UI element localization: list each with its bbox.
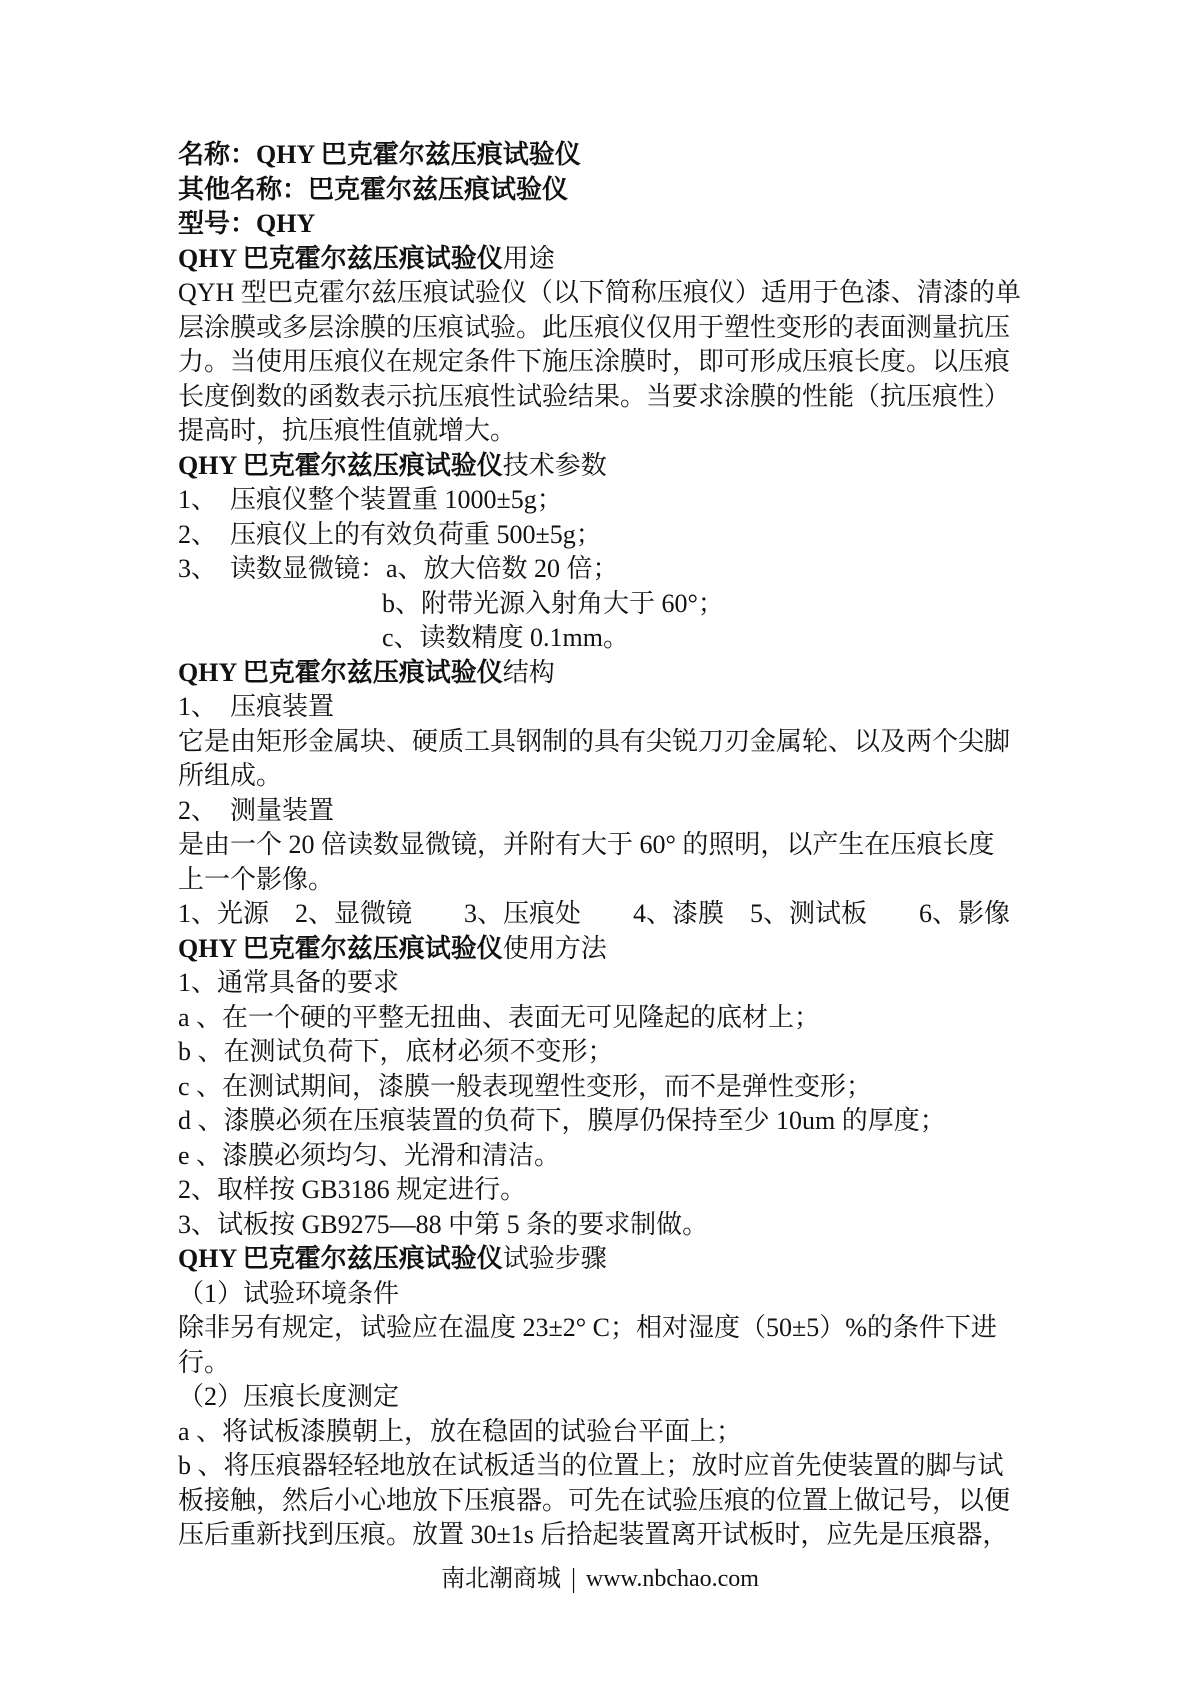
text-line: b、附带光源入射角大于 60°；	[178, 587, 1042, 622]
text-segment: 力。当使用压痕仪在规定条件下施压涂膜时，即可形成压痕长度。以压痕	[178, 347, 1010, 376]
text-line: 2、 压痕仪上的有效负荷重 500±5g；	[178, 518, 1042, 553]
text-line: e 、漆膜必须均匀、光滑和清洁。	[178, 1139, 1042, 1174]
text-line: 3、 读数显微镜：a、放大倍数 20 倍；	[178, 552, 1042, 587]
text-line: 提高时，抗压痕性值就增大。	[178, 414, 1042, 449]
text-segment: 3、 读数显微镜：a、放大倍数 20 倍；	[178, 554, 619, 583]
page-footer: 南北潮商城|www.nbchao.com	[0, 1562, 1200, 1596]
text-line: 是由一个 20 倍读数显微镜，并附有大于 60° 的照明，以产生在压痕长度	[178, 828, 1042, 863]
text-segment: 结构	[503, 658, 555, 687]
text-segment: a 、将试板漆膜朝上，放在稳固的试验台平面上；	[178, 1417, 742, 1446]
text-segment: 1、光源 2、显微镜 3、压痕处 4、漆膜 5、测试板 6、影像	[178, 899, 1010, 928]
text-line: QHY 巴克霍尔兹压痕试验仪用途	[178, 242, 1042, 277]
text-line: 除非另有规定，试验应在温度 23±2° C；相对湿度（50±5）%的条件下进	[178, 1311, 1042, 1346]
bold-text-segment: QHY 巴克霍尔兹压痕试验仪	[178, 451, 503, 480]
footer-site-name: 南北潮商城	[441, 1566, 561, 1592]
text-line: b 、在测试负荷下，底材必须不变形；	[178, 1035, 1042, 1070]
bold-text-segment: 其他名称：巴克霍尔兹压痕试验仪	[178, 175, 568, 204]
text-segment: 除非另有规定，试验应在温度 23±2° C；相对湿度（50±5）%的条件下进	[178, 1313, 997, 1342]
text-segment: 试验步骤	[503, 1244, 607, 1273]
bold-text-segment: 名称：QHY 巴克霍尔兹压痕试验仪	[178, 140, 581, 169]
bold-text-segment: QHY 巴克霍尔兹压痕试验仪	[178, 244, 503, 273]
text-line: 所组成。	[178, 759, 1042, 794]
text-line: d 、漆膜必须在压痕装置的负荷下，膜厚仍保持至少 10um 的厚度；	[178, 1104, 1042, 1139]
text-line: 名称：QHY 巴克霍尔兹压痕试验仪	[178, 138, 1042, 173]
footer-url: www.nbchao.com	[586, 1566, 759, 1592]
text-line: c 、在测试期间，漆膜一般表现塑性变形，而不是弹性变形；	[178, 1070, 1042, 1105]
document-body: 名称：QHY 巴克霍尔兹压痕试验仪其他名称：巴克霍尔兹压痕试验仪型号：QHYQH…	[178, 138, 1042, 1553]
footer-separator: |	[571, 1559, 576, 1598]
text-line: 上一个影像。	[178, 863, 1042, 898]
text-line: 型号：QHY	[178, 207, 1042, 242]
document-page: 名称：QHY 巴克霍尔兹压痕试验仪其他名称：巴克霍尔兹压痕试验仪型号：QHYQH…	[0, 0, 1200, 1697]
text-line: c、读数精度 0.1mm。	[178, 621, 1042, 656]
text-line: 长度倒数的函数表示抗压痕性试验结果。当要求涂膜的性能（抗压痕性）	[178, 380, 1042, 415]
text-segment: b 、将压痕器轻轻地放在试板适当的位置上；放时应首先使装置的脚与试	[178, 1451, 1004, 1480]
text-line: a 、在一个硬的平整无扭曲、表面无可见隆起的底材上；	[178, 1001, 1042, 1036]
text-line: 层涂膜或多层涂膜的压痕试验。此压痕仪仅用于塑性变形的表面测量抗压	[178, 311, 1042, 346]
text-line: QHY 巴克霍尔兹压痕试验仪试验步骤	[178, 1242, 1042, 1277]
text-segment: b、附带光源入射角大于 60°；	[382, 589, 724, 618]
text-segment: 提高时，抗压痕性值就增大。	[178, 416, 516, 445]
text-segment: 层涂膜或多层涂膜的压痕试验。此压痕仪仅用于塑性变形的表面测量抗压	[178, 313, 1010, 342]
text-line: （2）压痕长度测定	[178, 1380, 1042, 1415]
text-line: QHY 巴克霍尔兹压痕试验仪使用方法	[178, 932, 1042, 967]
text-line: a 、将试板漆膜朝上，放在稳固的试验台平面上；	[178, 1415, 1042, 1450]
text-segment: （1）试验环境条件	[178, 1279, 399, 1308]
text-segment: c 、在测试期间，漆膜一般表现塑性变形，而不是弹性变形；	[178, 1072, 872, 1101]
text-line: （1）试验环境条件	[178, 1277, 1042, 1312]
text-segment: 板接触，然后小心地放下压痕器。可先在试验压痕的位置上做记号，以便	[178, 1486, 1010, 1515]
text-line: QYH 型巴克霍尔兹压痕试验仪（以下简称压痕仪）适用于色漆、清漆的单	[178, 276, 1042, 311]
text-line: b 、将压痕器轻轻地放在试板适当的位置上；放时应首先使装置的脚与试	[178, 1449, 1042, 1484]
text-line: 1、通常具备的要求	[178, 966, 1042, 1001]
text-line: 1、 压痕装置	[178, 690, 1042, 725]
text-segment: e 、漆膜必须均匀、光滑和清洁。	[178, 1141, 560, 1170]
bold-text-segment: QHY 巴克霍尔兹压痕试验仪	[178, 1244, 503, 1273]
text-segment: d 、漆膜必须在压痕装置的负荷下，膜厚仍保持至少 10um 的厚度；	[178, 1106, 946, 1135]
text-segment: （2）压痕长度测定	[178, 1382, 399, 1411]
text-segment: 2、 压痕仪上的有效负荷重 500±5g；	[178, 520, 602, 549]
text-line: 1、 压痕仪整个装置重 1000±5g；	[178, 483, 1042, 518]
text-segment: 它是由矩形金属块、硬质工具钢制的具有尖锐刀刃金属轮、以及两个尖脚	[178, 727, 1010, 756]
text-line: 它是由矩形金属块、硬质工具钢制的具有尖锐刀刃金属轮、以及两个尖脚	[178, 725, 1042, 760]
text-segment: 压后重新找到压痕。放置 30±1s 后拾起装置离开试板时，应先是压痕器，	[178, 1520, 1008, 1549]
text-line: QHY 巴克霍尔兹压痕试验仪技术参数	[178, 449, 1042, 484]
text-segment: 行。	[178, 1348, 230, 1377]
text-segment: 长度倒数的函数表示抗压痕性试验结果。当要求涂膜的性能（抗压痕性）	[178, 382, 1010, 411]
text-segment: QYH 型巴克霍尔兹压痕试验仪（以下简称压痕仪）适用于色漆、清漆的单	[178, 278, 1021, 307]
text-line: 行。	[178, 1346, 1042, 1381]
text-line: 其他名称：巴克霍尔兹压痕试验仪	[178, 173, 1042, 208]
text-line: 2、 测量装置	[178, 794, 1042, 829]
text-segment: 3、试板按 GB9275—88 中第 5 条的要求制做。	[178, 1210, 708, 1239]
text-segment: 是由一个 20 倍读数显微镜，并附有大于 60° 的照明，以产生在压痕长度	[178, 830, 994, 859]
text-segment: c、读数精度 0.1mm。	[382, 623, 629, 652]
text-segment: 1、 压痕装置	[178, 692, 334, 721]
text-line: 压后重新找到压痕。放置 30±1s 后拾起装置离开试板时，应先是压痕器，	[178, 1518, 1042, 1553]
text-segment: 上一个影像。	[178, 865, 334, 894]
text-line: 板接触，然后小心地放下压痕器。可先在试验压痕的位置上做记号，以便	[178, 1484, 1042, 1519]
text-segment: 所组成。	[178, 761, 282, 790]
text-segment: a 、在一个硬的平整无扭曲、表面无可见隆起的底材上；	[178, 1003, 820, 1032]
text-segment: 1、通常具备的要求	[178, 968, 399, 997]
text-line: QHY 巴克霍尔兹压痕试验仪结构	[178, 656, 1042, 691]
text-line: 1、光源 2、显微镜 3、压痕处 4、漆膜 5、测试板 6、影像	[178, 897, 1042, 932]
text-segment: 2、 测量装置	[178, 796, 334, 825]
text-segment: 技术参数	[503, 451, 607, 480]
text-line: 2、取样按 GB3186 规定进行。	[178, 1173, 1042, 1208]
text-segment: 1、 压痕仪整个装置重 1000±5g；	[178, 485, 563, 514]
bold-text-segment: 型号：QHY	[178, 209, 315, 238]
bold-text-segment: QHY 巴克霍尔兹压痕试验仪	[178, 658, 503, 687]
bold-text-segment: QHY 巴克霍尔兹压痕试验仪	[178, 934, 503, 963]
text-line: 3、试板按 GB9275—88 中第 5 条的要求制做。	[178, 1208, 1042, 1243]
text-segment: 用途	[503, 244, 555, 273]
text-segment: b 、在测试负荷下，底材必须不变形；	[178, 1037, 614, 1066]
text-segment: 使用方法	[503, 934, 607, 963]
text-line: 力。当使用压痕仪在规定条件下施压涂膜时，即可形成压痕长度。以压痕	[178, 345, 1042, 380]
text-segment: 2、取样按 GB3186 规定进行。	[178, 1175, 526, 1204]
